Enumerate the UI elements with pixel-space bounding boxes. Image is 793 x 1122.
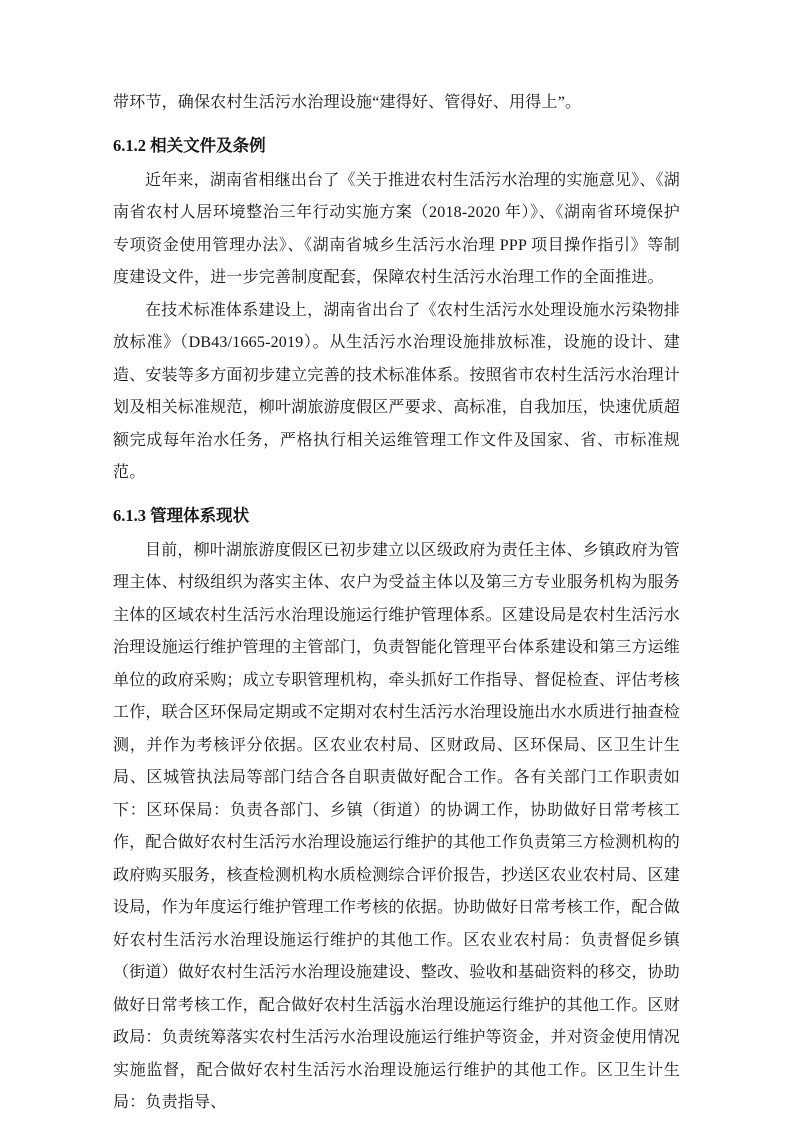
section-heading-6-1-2: 6.1.2 相关文件及条例 <box>113 129 680 162</box>
document-page: 带环节，确保农村生活污水治理设施“建得好、管得好、用得上”。 6.1.2 相关文… <box>0 0 793 1122</box>
paragraph-management-system: 目前，柳叶湖旅游度假区已初步建立以区级政府为责任主体、乡镇政府为管理主体、村级组… <box>113 535 680 1120</box>
section-heading-6-1-3: 6.1.3 管理体系现状 <box>113 499 680 532</box>
page-content: 带环节，确保农村生活污水治理设施“建得好、管得好、用得上”。 6.1.2 相关文… <box>113 87 680 1120</box>
paragraph-technical-standards: 在技术标准体系建设上，湖南省出台了《农村生活污水处理设施水污染物排放标准》（DB… <box>113 295 680 490</box>
paragraph-continuation: 带环节，确保农村生活污水治理设施“建得好、管得好、用得上”。 <box>113 87 680 120</box>
paragraph-related-documents: 近年来，湖南省相继出台了《关于推进农村生活污水治理的实施意见》、《湖南省农村人居… <box>113 165 680 295</box>
page-number: 99 <box>0 1003 793 1019</box>
